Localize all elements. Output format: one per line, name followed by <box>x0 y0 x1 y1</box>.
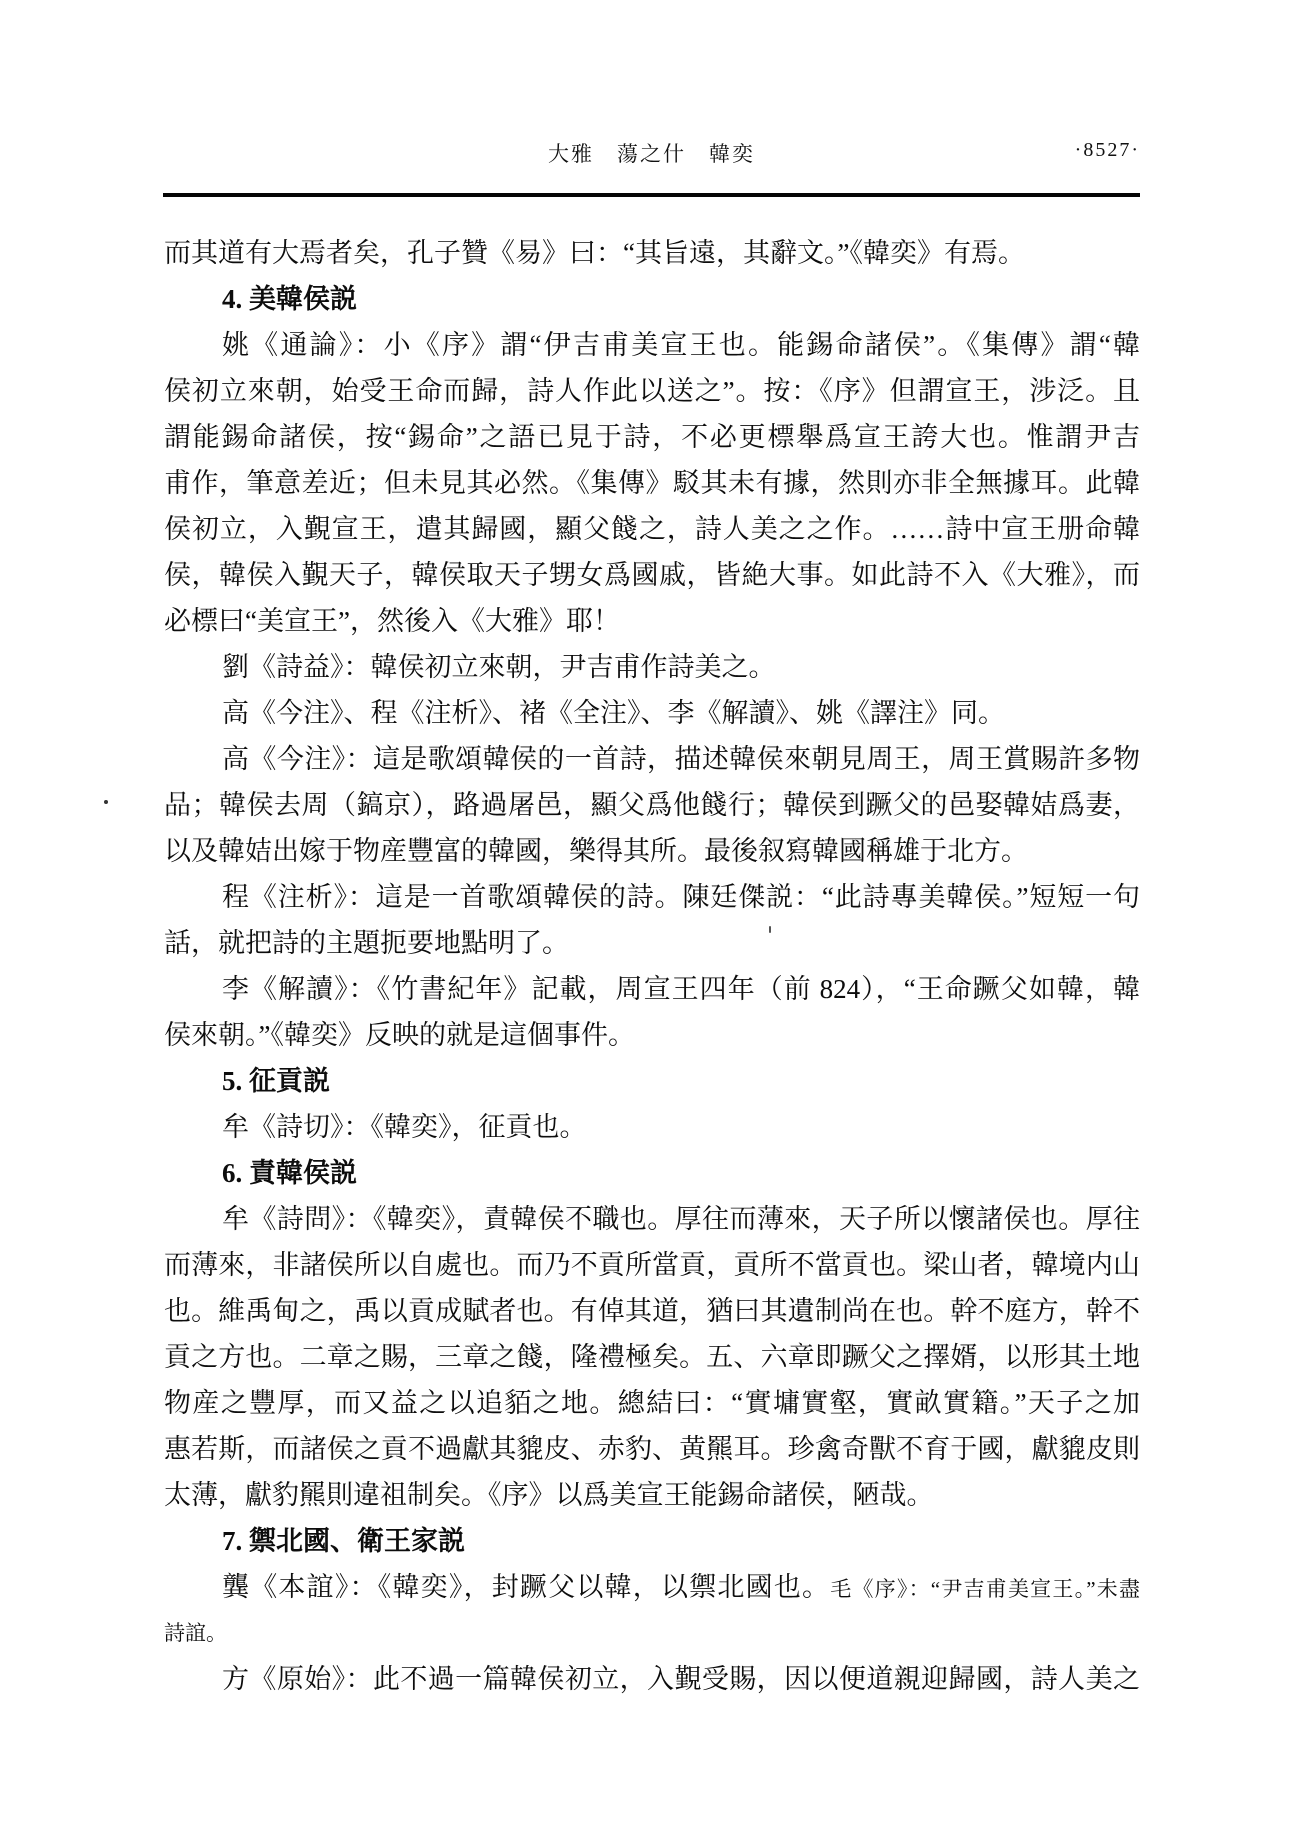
line-text: 以及韓姞出嫁于物産豐富的韓國，樂得其所。最後叙寫韓國稱雄于北方。 <box>164 836 1028 866</box>
text-line: 牟《詩切》：《韓奕》，征貢也。 <box>164 1104 1140 1150</box>
text-line: 劉《詩益》：韓侯初立來朝，尹吉甫作詩美之。 <box>164 644 1140 690</box>
text-line: 方《原始》：此不過一篇韓侯初立，入覲受賜，因以便道親迎歸國，詩人美之 <box>164 1656 1140 1702</box>
line-text: 程《注析》：這是一首歌頌韓侯的詩。陳廷傑説：“此詩專美韓侯。”短短一句 <box>222 882 1140 912</box>
line-text: 物産之豐厚，而又益之以追貊之地。總結曰：“實墉實壑，實畝實籍。”天子之加 <box>164 1388 1140 1418</box>
scan-speck <box>769 926 771 933</box>
line-text: 7. 禦北國、衛王家説 <box>222 1526 465 1556</box>
line-text: 方《原始》：此不過一篇韓侯初立，入覲受賜，因以便道親迎歸國，詩人美之 <box>222 1664 1140 1694</box>
text-line: 牟《詩問》：《韓奕》，責韓侯不職也。厚往而薄來，天子所以懷諸侯也。厚往 <box>164 1196 1140 1242</box>
line-text: 貢之方也。二章之賜，三章之餞，隆禮極矣。五、六章即蹶父之擇婿，以形其土地 <box>164 1342 1140 1372</box>
line-text: 高《今注》、程《注析》、褚《全注》、李《解讀》、姚《譯注》同。 <box>222 698 1005 728</box>
line-text: 侯初立，入覲宣王，遣其歸國，顯父餞之，詩人美之之作。……詩中宣王册命韓 <box>164 514 1140 544</box>
line-text: 詩誼。 <box>164 1621 227 1645</box>
text-line: 甫作，筆意差近；但未見其必然。《集傳》駁其未有據，然則亦非全無據耳。此韓 <box>164 460 1140 506</box>
line-text: 必標曰“美宣王”，然後入《大雅》耶！ <box>164 606 620 636</box>
header-rule <box>163 193 1140 197</box>
line-text: 高《今注》：這是歌頌韓侯的一首詩，描述韓侯來朝見周王，周王賞賜許多物 <box>222 744 1140 774</box>
line-text: 4. 美韓侯説 <box>222 284 357 314</box>
line-text: 李《解讀》：《竹書紀年》記載，周宣王四年（前 824），“王命蹶父如韓，韓 <box>222 974 1140 1004</box>
line-text: 太薄，獻豹羆則違祖制矣。《序》以爲美宣王能錫命諸侯，陋哉。 <box>164 1480 934 1510</box>
text-line: 龔《本誼》：《韓奕》，封蹶父以韓，以禦北國也。毛《序》：“尹吉甫美宣王。”未盡 <box>164 1564 1140 1610</box>
text-line: 而其道有大焉者矣，孔子贊《易》曰：“其旨遠，其辭文。”《韓奕》有焉。 <box>164 230 1140 276</box>
text-line: 姚《通論》：小《序》謂“伊吉甫美宣王也。能錫命諸侯”。《集傳》謂“韓 <box>164 322 1140 368</box>
text-line: 侯初立，入覲宣王，遣其歸國，顯父餞之，詩人美之之作。……詩中宣王册命韓 <box>164 506 1140 552</box>
text-line: 高《今注》、程《注析》、褚《全注》、李《解讀》、姚《譯注》同。 <box>164 690 1140 736</box>
text-line: 貢之方也。二章之賜，三章之餞，隆禮極矣。五、六章即蹶父之擇婿，以形其土地 <box>164 1334 1140 1380</box>
line-text: 甫作，筆意差近；但未見其必然。《集傳》駁其未有據，然則亦非全無據耳。此韓 <box>164 468 1140 498</box>
text-line: 程《注析》：這是一首歌頌韓侯的詩。陳廷傑説：“此詩專美韓侯。”短短一句 <box>164 874 1140 920</box>
text-line: 而薄來，非諸侯所以自處也。而乃不貢所當貢，貢所不當貢也。梁山者，韓境内山 <box>164 1242 1140 1288</box>
line-text: 侯初立來朝，始受王命而歸，詩人作此以送之”。按：《序》但謂宣王，涉泛。且 <box>164 376 1140 406</box>
section-heading: 6. 責韓侯説 <box>164 1150 1140 1196</box>
line-text-small: 毛《序》：“尹吉甫美宣王。”未盡 <box>830 1577 1140 1601</box>
line-text: 品；韓侯去周（鎬京），路過屠邑，顯父爲他餞行；韓侯到蹶父的邑娶韓姞爲妻， <box>164 790 1140 820</box>
text-line: 侯，韓侯入覲天子，韓侯取天子甥女爲國戚，皆絶大事。如此詩不入《大雅》，而 <box>164 552 1140 598</box>
text-line: 以及韓姞出嫁于物産豐富的韓國，樂得其所。最後叙寫韓國稱雄于北方。 <box>164 828 1140 874</box>
text-line: 謂能錫命諸侯，按“錫命”之語已見于詩，不必更標舉爲宣王誇大也。惟謂尹吉 <box>164 414 1140 460</box>
line-text: 5. 征貢説 <box>222 1066 330 1096</box>
text-line: 太薄，獻豹羆則違祖制矣。《序》以爲美宣王能錫命諸侯，陋哉。 <box>164 1472 1140 1518</box>
line-text: 侯來朝。”《韓奕》反映的就是這個事件。 <box>164 1020 635 1050</box>
line-text: 牟《詩切》：《韓奕》，征貢也。 <box>222 1112 587 1142</box>
text-line: 詩誼。 <box>164 1610 1140 1656</box>
line-text: 侯，韓侯入覲天子，韓侯取天子甥女爲國戚，皆絶大事。如此詩不入《大雅》，而 <box>164 560 1140 590</box>
text-line: 話，就把詩的主題扼要地點明了。 <box>164 920 1140 966</box>
text-line: 品；韓侯去周（鎬京），路過屠邑，顯父爲他餞行；韓侯到蹶父的邑娶韓姞爲妻， <box>164 782 1140 828</box>
page-number: ·8527· <box>1075 139 1140 162</box>
text-line: 惠若斯，而諸侯之貢不過獻其貔皮、赤豹、黄羆耳。珍禽奇獸不育于國，獻貔皮則 <box>164 1426 1140 1472</box>
text-line: 也。維禹甸之，禹以貢成賦者也。有倬其道，猶曰其遺制尚在也。幹不庭方，幹不 <box>164 1288 1140 1334</box>
section-heading: 7. 禦北國、衛王家説 <box>164 1518 1140 1564</box>
section-heading: 4. 美韓侯説 <box>164 276 1140 322</box>
line-text: 也。維禹甸之，禹以貢成賦者也。有倬其道，猶曰其遺制尚在也。幹不庭方，幹不 <box>164 1296 1140 1326</box>
running-head-title: 大雅 蕩之什 韓奕 <box>548 138 755 168</box>
scan-speck <box>104 800 108 804</box>
line-text: 而薄來，非諸侯所以自處也。而乃不貢所當貢，貢所不當貢也。梁山者，韓境内山 <box>164 1250 1140 1280</box>
text-line: 必標曰“美宣王”，然後入《大雅》耶！ <box>164 598 1140 644</box>
text-line: 侯初立來朝，始受王命而歸，詩人作此以送之”。按：《序》但謂宣王，涉泛。且 <box>164 368 1140 414</box>
line-text: 話，就把詩的主題扼要地點明了。 <box>164 928 569 958</box>
line-text: 牟《詩問》：《韓奕》，責韓侯不職也。厚往而薄來，天子所以懷諸侯也。厚往 <box>222 1204 1140 1234</box>
page-header: 大雅 蕩之什 韓奕 ·8527· <box>163 136 1140 170</box>
book-page: 大雅 蕩之什 韓奕 ·8527· 而其道有大焉者矣，孔子贊《易》曰：“其旨遠，其… <box>0 0 1300 1827</box>
line-text: 龔《本誼》：《韓奕》，封蹶父以韓，以禦北國也。 <box>222 1572 830 1602</box>
line-text: 6. 責韓侯説 <box>222 1158 357 1188</box>
line-text: 姚《通論》：小《序》謂“伊吉甫美宣王也。能錫命諸侯”。《集傳》謂“韓 <box>222 330 1140 360</box>
text-line: 李《解讀》：《竹書紀年》記載，周宣王四年（前 824），“王命蹶父如韓，韓 <box>164 966 1140 1012</box>
line-text: 而其道有大焉者矣，孔子贊《易》曰：“其旨遠，其辭文。”《韓奕》有焉。 <box>164 238 1025 268</box>
text-line: 高《今注》：這是歌頌韓侯的一首詩，描述韓侯來朝見周王，周王賞賜許多物 <box>164 736 1140 782</box>
line-text: 謂能錫命諸侯，按“錫命”之語已見于詩，不必更標舉爲宣王誇大也。惟謂尹吉 <box>164 422 1140 452</box>
text-line: 侯來朝。”《韓奕》反映的就是這個事件。 <box>164 1012 1140 1058</box>
section-heading: 5. 征貢説 <box>164 1058 1140 1104</box>
line-text: 劉《詩益》：韓侯初立來朝，尹吉甫作詩美之。 <box>222 652 776 682</box>
page-body: 而其道有大焉者矣，孔子贊《易》曰：“其旨遠，其辭文。”《韓奕》有焉。4. 美韓侯… <box>164 230 1140 1702</box>
line-text: 惠若斯，而諸侯之貢不過獻其貔皮、赤豹、黄羆耳。珍禽奇獸不育于國，獻貔皮則 <box>164 1434 1140 1464</box>
text-line: 物産之豐厚，而又益之以追貊之地。總結曰：“實墉實壑，實畝實籍。”天子之加 <box>164 1380 1140 1426</box>
